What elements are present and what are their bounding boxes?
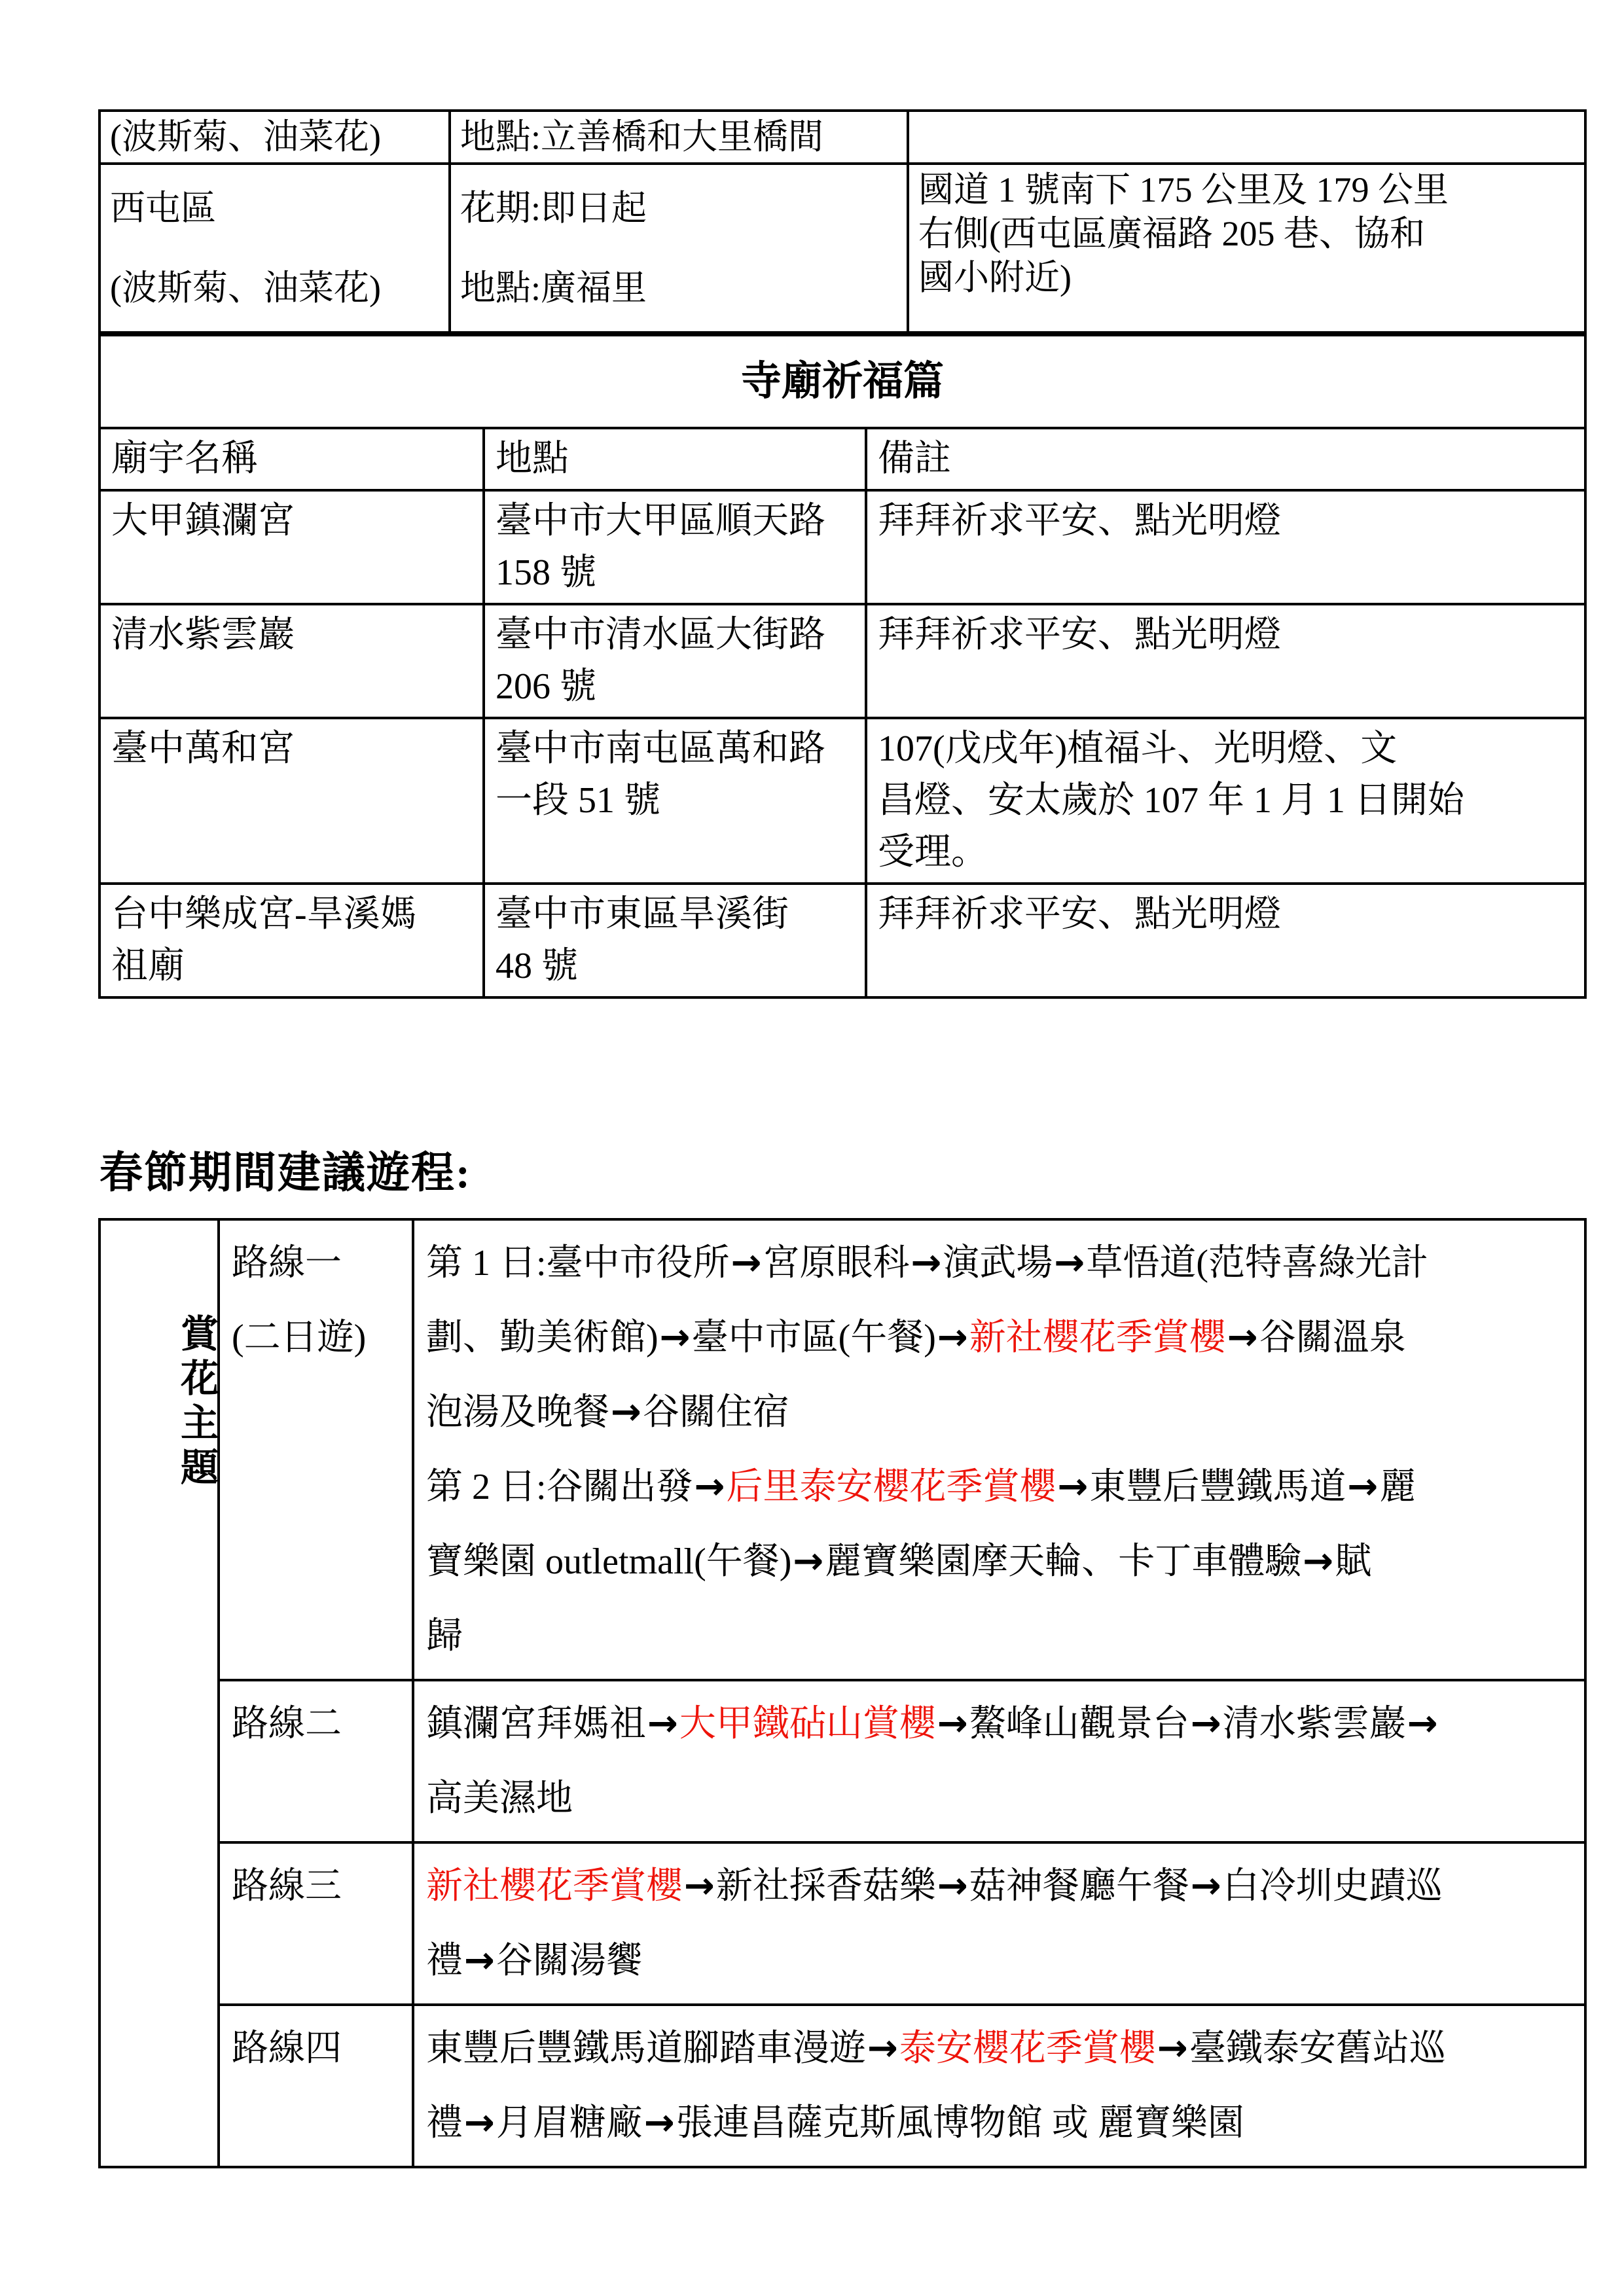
flower-info-cell: 地點:立善橋和大里橋間 <box>450 111 908 164</box>
route-description-cell: 鎮瀾宮拜媽祖→大甲鐵砧山賞櫻→鰲峰山觀景台→清水紫雲巖→ 高美濕地 <box>413 1680 1585 1842</box>
flower-table: (波斯菊、油菜花) 地點:立善橋和大里橋間 西屯區 (波斯菊、油菜花) 花期:即… <box>98 109 1587 334</box>
route-text: 演武場 <box>943 1243 1053 1283</box>
itinerary-theme-cell: 賞花主題 <box>99 1219 219 2167</box>
table-row: 臺中萬和宮 臺中市南屯區萬和路 一段 51 號 107(戊戌年)植福斗、光明燈、… <box>99 718 1585 884</box>
table-row: 路線四 東豐后豐鐵馬道腳踏車漫遊→泰安櫻花季賞櫻→臺鐵泰安舊站巡 禮→月眉糖廠→… <box>99 2005 1585 2167</box>
route-text: 谷關湯饗 <box>496 1941 643 1981</box>
table-row: 寺廟祈福篇 <box>99 335 1585 428</box>
table-row: 台中樂成宮-旱溪媽 祖廟 臺中市東區旱溪街 48 號 拜拜祈求平安、點光明燈 <box>99 884 1585 997</box>
highlighted-text: 新社櫻花季賞櫻 <box>426 1866 683 1907</box>
temple-location-cell: 臺中市大甲區順天路 158 號 <box>484 490 866 604</box>
temple-note-cell: 拜拜祈求平安、點光明燈 <box>866 604 1585 718</box>
route-description-cell: 東豐后豐鐵馬道腳踏車漫遊→泰安櫻花季賞櫻→臺鐵泰安舊站巡 禮→月眉糖廠→張連昌薩… <box>413 2005 1585 2167</box>
route-text: 鎮瀾宮拜媽祖 <box>426 1704 646 1744</box>
route-text: 東豐后豐鐵馬道 <box>1089 1467 1346 1507</box>
route-name-cell: 路線四 <box>219 2005 413 2167</box>
table-row: 路線二 鎮瀾宮拜媽祖→大甲鐵砧山賞櫻→鰲峰山觀景台→清水紫雲巖→ 高美濕地 <box>99 1680 1585 1842</box>
route-text: 東豐后豐鐵馬道腳踏車漫遊 <box>426 2028 866 2069</box>
arrow-glyph: → <box>909 1242 943 1284</box>
route-text: 新社採香菇樂 <box>716 1866 936 1907</box>
arrow-glyph: → <box>1053 1242 1086 1284</box>
arrow-glyph: → <box>1156 2027 1189 2070</box>
flower-area-cell: (波斯菊、油菜花) <box>99 111 450 164</box>
route-text: 菇神餐廳午餐 <box>969 1866 1189 1907</box>
highlighted-text: 泰安櫻花季賞櫻 <box>899 2028 1156 2069</box>
route-text: 宮原眼科 <box>763 1243 909 1283</box>
route-text: 清水紫雲巖 <box>1223 1704 1406 1744</box>
route-description-cell: 新社櫻花季賞櫻→新社採香菇樂→菇神餐廳午餐→白冷圳史蹟巡 禮→谷關湯饗 <box>413 1842 1585 2005</box>
arrow-glyph: → <box>936 1865 969 1907</box>
table-row: (波斯菊、油菜花) 地點:立善橋和大里橋間 <box>99 111 1585 164</box>
table-row: 路線三 新社櫻花季賞櫻→新社採香菇樂→菇神餐廳午餐→白冷圳史蹟巡 禮→谷關湯饗 <box>99 1842 1585 2005</box>
temple-name-cell: 台中樂成宮-旱溪媽 祖廟 <box>99 884 484 997</box>
route-text: 高美濕地 <box>426 1778 573 1819</box>
arrow-glyph: → <box>463 1939 496 1982</box>
arrow-glyph: → <box>936 1316 969 1359</box>
highlighted-text: 新社櫻花季賞櫻 <box>969 1318 1226 1358</box>
temple-location-cell: 臺中市東區旱溪街 48 號 <box>484 884 866 997</box>
arrow-glyph: → <box>643 2102 676 2144</box>
route-text: 第 1 日:臺中市役所 <box>426 1243 730 1283</box>
arrow-glyph: → <box>693 1465 727 1508</box>
temple-location-cell: 臺中市清水區大街路 206 號 <box>484 604 866 718</box>
arrow-glyph: → <box>609 1391 643 1433</box>
temple-header-note: 備註 <box>866 428 1585 490</box>
flower-info-cell: 花期:即日起 地點:廣福里 <box>450 164 908 332</box>
arrow-glyph: → <box>791 1540 825 1583</box>
arrow-glyph: → <box>1301 1540 1335 1583</box>
route-text: 張連昌薩克斯風博物館 或 麗寶樂園 <box>676 2103 1244 2144</box>
arrow-glyph: → <box>683 1865 716 1907</box>
arrow-glyph: → <box>1346 1465 1379 1508</box>
arrow-glyph: → <box>1189 1865 1223 1907</box>
temple-name-cell: 清水紫雲巖 <box>99 604 484 718</box>
arrow-glyph: → <box>646 1702 679 1745</box>
temple-note-cell: 107(戊戌年)植福斗、光明燈、文 昌燈、安太歲於 107 年 1 月 1 日開… <box>866 718 1585 884</box>
arrow-glyph: → <box>866 2027 899 2070</box>
arrow-glyph: → <box>730 1242 763 1284</box>
route-text: 月眉糖廠 <box>496 2103 643 2144</box>
arrow-glyph: → <box>1406 1702 1439 1745</box>
temple-section-title: 寺廟祈福篇 <box>99 335 1585 428</box>
arrow-glyph: → <box>659 1316 692 1359</box>
table-row: 西屯區 (波斯菊、油菜花) 花期:即日起 地點:廣福里 國道 1 號南下 175… <box>99 164 1585 332</box>
table-row: 大甲鎮瀾宮 臺中市大甲區順天路 158 號 拜拜祈求平安、點光明燈 <box>99 490 1585 604</box>
flower-note-cell <box>908 111 1585 164</box>
route-name-cell: 路線二 <box>219 1680 413 1842</box>
arrow-glyph: → <box>1056 1465 1089 1508</box>
temple-location-cell: 臺中市南屯區萬和路 一段 51 號 <box>484 718 866 884</box>
route-text: 臺中市區(午餐) <box>692 1318 936 1358</box>
arrow-glyph: → <box>1226 1316 1259 1359</box>
highlighted-text: 后里泰安櫻花季賞櫻 <box>726 1467 1056 1507</box>
temple-name-cell: 臺中萬和宮 <box>99 718 484 884</box>
flower-area-cell: 西屯區 (波斯菊、油菜花) <box>99 164 450 332</box>
route-text: 鰲峰山觀景台 <box>969 1704 1189 1744</box>
temple-name-cell: 大甲鎮瀾宮 <box>99 490 484 604</box>
document-page: (波斯菊、油菜花) 地點:立善橋和大里橋間 西屯區 (波斯菊、油菜花) 花期:即… <box>0 0 1624 2296</box>
temple-note-cell: 拜拜祈求平安、點光明燈 <box>866 884 1585 997</box>
table-row: 清水紫雲巖 臺中市清水區大街路 206 號 拜拜祈求平安、點光明燈 <box>99 604 1585 718</box>
route-description-cell: 第 1 日:臺中市役所→宮原眼科→演武場→草悟道(范特喜綠光計 劃、勤美術館)→… <box>413 1219 1585 1680</box>
itinerary-table: 賞花主題 路線一 (二日遊) 第 1 日:臺中市役所→宮原眼科→演武場→草悟道(… <box>98 1218 1587 2168</box>
arrow-glyph: → <box>936 1702 969 1745</box>
temple-header-name: 廟宇名稱 <box>99 428 484 490</box>
flower-note-cell: 國道 1 號南下 175 公里及 179 公里 右側(西屯區廣福路 205 巷、… <box>908 164 1585 332</box>
route-name-cell: 路線三 <box>219 1842 413 2005</box>
route-text: 麗寶樂園摩天輪、卡丁車體驗 <box>825 1541 1301 1582</box>
itinerary-theme-label: 賞花主題 <box>177 1314 215 1492</box>
temple-table: 寺廟祈福篇 廟宇名稱 地點 備註 大甲鎮瀾宮 臺中市大甲區順天路 158 號 拜… <box>98 334 1587 999</box>
highlighted-text: 大甲鐵砧山賞櫻 <box>679 1704 936 1744</box>
temple-note-cell: 拜拜祈求平安、點光明燈 <box>866 490 1585 604</box>
arrow-glyph: → <box>463 2102 496 2144</box>
arrow-glyph: → <box>1189 1702 1223 1745</box>
table-row: 賞花主題 路線一 (二日遊) 第 1 日:臺中市役所→宮原眼科→演武場→草悟道(… <box>99 1219 1585 1680</box>
itinerary-heading: 春節期間建議遊程: <box>99 1138 1584 1200</box>
table-header-row: 廟宇名稱 地點 備註 <box>99 428 1585 490</box>
route-name-cell: 路線一 (二日遊) <box>219 1219 413 1680</box>
temple-header-location: 地點 <box>484 428 866 490</box>
